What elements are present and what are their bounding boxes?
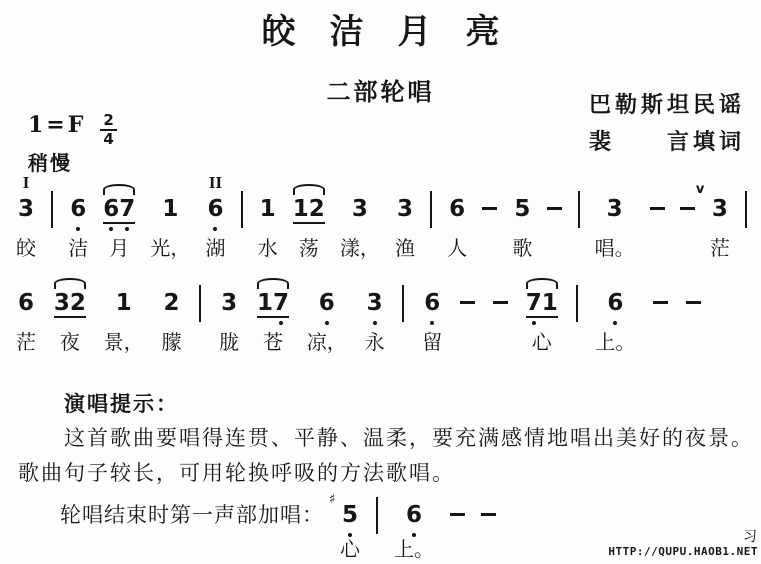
- note: 1景，: [104, 290, 144, 355]
- note-digit: 2: [70, 290, 86, 316]
- voice-marker: II: [209, 174, 222, 191]
- digit-row: 12: [293, 196, 325, 224]
- dash-line: [460, 301, 475, 304]
- key-label: 1=F: [28, 112, 86, 138]
- barline: [745, 191, 747, 228]
- note: 3漾，: [340, 196, 380, 261]
- breath-mark-icon: v: [696, 183, 704, 196]
- note-digit: 6: [424, 290, 440, 316]
- note-digit: 5: [514, 196, 530, 222]
- duration-dash: [653, 290, 668, 304]
- hints-heading: 演唱提示：: [64, 388, 179, 418]
- note-digit: 3: [607, 196, 623, 222]
- duration-dash: [686, 290, 701, 304]
- lyric: 心: [532, 331, 552, 355]
- lyric: 唱。: [595, 237, 635, 261]
- note: 2朦: [161, 290, 181, 355]
- lyric: 荡: [299, 237, 319, 261]
- digit-row: 67: [103, 196, 135, 224]
- dash-line: [450, 513, 465, 516]
- note-digit: 7: [526, 290, 542, 316]
- lyric: 歌: [512, 237, 532, 261]
- note: 3I皎: [16, 196, 36, 261]
- duration-dash: [493, 290, 508, 304]
- duration-dash: [481, 502, 496, 516]
- digit-row: 6: [207, 196, 223, 222]
- lyric: 月: [109, 237, 129, 261]
- note: 3永: [365, 290, 385, 355]
- lyric: 水: [258, 237, 278, 261]
- digit-row: 32: [54, 290, 86, 318]
- note-digit: 3: [221, 290, 237, 316]
- digit-row: 6: [18, 290, 34, 316]
- slur-arc: [526, 278, 558, 289]
- digit-row: 1: [116, 290, 132, 316]
- note-digit: 3: [397, 196, 413, 222]
- lyric: 留: [422, 331, 442, 355]
- note-group: 32夜: [54, 290, 86, 355]
- note: 6上。: [595, 290, 635, 355]
- note-digit: 1: [293, 196, 309, 222]
- note-digit: 2: [163, 290, 179, 316]
- note: 6茫: [16, 290, 36, 355]
- barline: [402, 285, 404, 322]
- note: 6凉，: [307, 290, 347, 355]
- key-signature: 1=F 2 4: [28, 112, 117, 147]
- digit-row: 3: [712, 196, 728, 222]
- digit-row: 3: [607, 196, 623, 222]
- note: 5歌: [512, 196, 532, 261]
- note-digit: 6: [103, 196, 119, 222]
- barline: [430, 191, 432, 228]
- digit-row: 6: [406, 502, 422, 528]
- lyric: 上。: [595, 331, 635, 355]
- dash-line: [686, 301, 701, 304]
- digit-row: 3: [352, 196, 368, 222]
- digit-row: 3: [397, 196, 413, 222]
- credit-source: 巴勒斯坦民谣: [589, 86, 745, 123]
- source-url: HTTP://QUPU.HAOB1.NET: [608, 545, 758, 558]
- slur-arc: [293, 184, 325, 195]
- note-group: 12荡: [293, 196, 325, 261]
- note: 6II湖: [205, 196, 225, 261]
- barline: [376, 497, 378, 534]
- duration-dash: [547, 196, 562, 210]
- dash-line: [653, 301, 668, 304]
- sheet-music-page: 皎 洁 月 亮 二部轮唱 巴勒斯坦民谣 裴 言填词 1=F 2 4 稍慢 3I皎…: [0, 0, 761, 564]
- digit-row: 6: [319, 290, 335, 316]
- note-digit: 1: [542, 290, 558, 316]
- note-digit: 1: [257, 290, 273, 316]
- duration-dash: [482, 196, 497, 210]
- time-signature: 2 4: [100, 113, 116, 147]
- note-digit: 3: [54, 290, 70, 316]
- music-system-2: 6茫32夜1景，2朦3胧17苍6凉，3永6留71心6上。: [16, 290, 730, 358]
- note: 1水: [258, 196, 278, 261]
- barline: [576, 285, 578, 322]
- digit-row: 3: [18, 196, 34, 222]
- note-digit: 5: [342, 502, 358, 528]
- digit-row: 1: [260, 196, 276, 222]
- barline: [51, 191, 53, 228]
- note-group: 17苍: [257, 290, 289, 355]
- watermark-glyph: 习: [743, 530, 757, 545]
- slur-arc: [103, 184, 135, 195]
- digit-row: 6: [70, 196, 86, 222]
- lyric: 光，: [150, 237, 190, 261]
- lyric: 凉，: [307, 331, 347, 355]
- dash-line: [493, 301, 508, 304]
- note-digit: 3: [712, 196, 728, 222]
- note-digit: 7: [273, 290, 289, 316]
- barline: [241, 191, 243, 228]
- lyric: 茫: [710, 237, 730, 261]
- duration-dash: [460, 290, 475, 304]
- duration-dash: [450, 502, 465, 516]
- note-digit: 7: [119, 196, 135, 222]
- credits: 巴勒斯坦民谣 裴 言填词: [589, 86, 745, 160]
- note: 3渔: [395, 196, 415, 261]
- note-digit: 6: [70, 196, 86, 222]
- note: 3唱。: [595, 196, 635, 261]
- note: 6上。: [394, 502, 434, 562]
- coda-section: 轮唱结束时第一声部加唱： 5♯心6上。: [60, 502, 523, 562]
- dash-line: [650, 207, 665, 210]
- digit-row: 5: [514, 196, 530, 222]
- note-digit: 6: [406, 502, 422, 528]
- digit-row: 3: [221, 290, 237, 316]
- note-digit: 6: [449, 196, 465, 222]
- lyric: 漾，: [340, 237, 380, 261]
- lyric: 苍: [263, 331, 283, 355]
- note-digit: 3: [352, 196, 368, 222]
- hints-paragraph-2: 歌曲句子较长，可用轮换呼吸的方法歌唱。: [18, 457, 455, 487]
- digit-row: 5: [342, 502, 358, 528]
- lyric: 夜: [60, 331, 80, 355]
- final-barline: [512, 499, 523, 526]
- digit-row: 1: [162, 196, 178, 222]
- dash-line: [547, 207, 562, 210]
- final-barline: [719, 287, 730, 314]
- slur-arc: [257, 278, 289, 289]
- coda-music: 5♯心6上。: [340, 502, 523, 562]
- digit-row: 3: [367, 290, 383, 316]
- note: 5♯心: [340, 502, 360, 562]
- lyric: 皎: [16, 237, 36, 261]
- note-group: 67月: [103, 196, 135, 261]
- digit-row: 6: [607, 290, 623, 316]
- barline: [199, 285, 201, 322]
- note-digit: 6: [207, 196, 223, 222]
- lyric: 上。: [394, 538, 434, 562]
- note: 3v茫: [710, 196, 730, 261]
- digit-row: 17: [257, 290, 289, 318]
- time-signature-denominator: 4: [103, 131, 113, 147]
- note-digit: 1: [162, 196, 178, 222]
- note-digit: 6: [18, 290, 34, 316]
- lyric: 胧: [219, 331, 239, 355]
- barline: [578, 191, 580, 228]
- hints-paragraph-1: 这首歌曲要唱得连贯、平静、温柔，要充满感情地唱出美好的夜景。: [64, 422, 754, 452]
- digit-row: 71: [526, 290, 558, 318]
- credit-lyricist: 裴 言填词: [589, 123, 745, 160]
- note: 6洁: [68, 196, 88, 261]
- digit-row: 6: [449, 196, 465, 222]
- lyric: 湖: [205, 237, 225, 261]
- sharp-icon: ♯: [329, 493, 335, 506]
- note-digit: 1: [116, 290, 132, 316]
- song-title: 皎 洁 月 亮: [0, 10, 761, 56]
- duration-dash: [680, 196, 695, 210]
- dash-line: [481, 513, 496, 516]
- coda-label: 轮唱结束时第一声部加唱：: [60, 502, 324, 528]
- note: 6留: [422, 290, 442, 355]
- lyric: 人: [447, 237, 467, 261]
- duration-dash: [650, 196, 665, 210]
- note-digit: 3: [367, 290, 383, 316]
- lyric: 心: [340, 538, 360, 562]
- tempo-marking: 稍慢: [28, 147, 72, 176]
- note: 3胧: [219, 290, 239, 355]
- voice-marker: I: [23, 174, 30, 191]
- lyric: 洁: [68, 237, 88, 261]
- dash-line: [680, 207, 695, 210]
- time-signature-numerator: 2: [100, 113, 116, 131]
- slur-arc: [54, 278, 86, 289]
- music-system-1: 3I皎6洁67月1光，6II湖1水12荡3漾，3渔6人5歌3唱。3v茫: [16, 196, 747, 264]
- digit-row: 6: [424, 290, 440, 316]
- lyric: 景，: [104, 331, 144, 355]
- lyric: 永: [365, 331, 385, 355]
- note-digit: 3: [18, 196, 34, 222]
- note: 6人: [447, 196, 467, 261]
- lyric: 朦: [161, 331, 181, 355]
- note-digit: 6: [319, 290, 335, 316]
- note-digit: 1: [260, 196, 276, 222]
- note: 1光，: [150, 196, 190, 261]
- note-group: 71心: [526, 290, 558, 355]
- lyric: 渔: [395, 237, 415, 261]
- dash-line: [482, 207, 497, 210]
- note-digit: 6: [607, 290, 623, 316]
- lyric: 茫: [16, 331, 36, 355]
- note-digit: 2: [309, 196, 325, 222]
- digit-row: 2: [163, 290, 179, 316]
